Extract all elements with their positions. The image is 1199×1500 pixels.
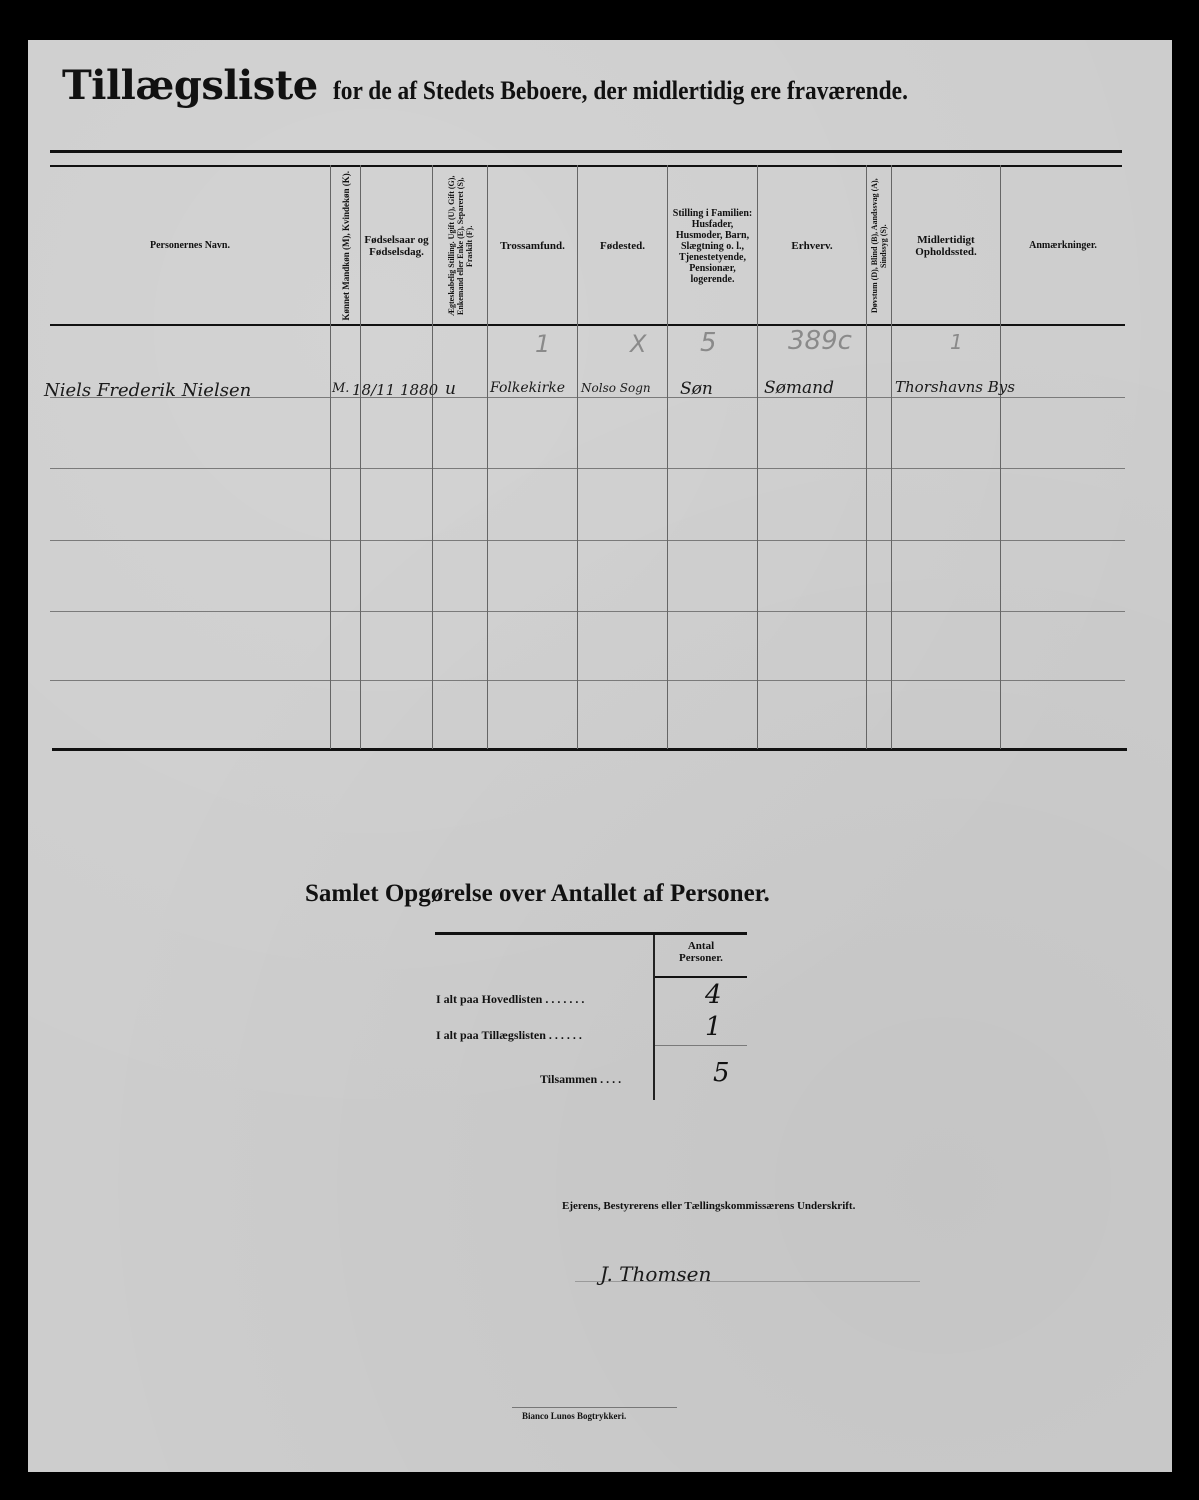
row-line	[50, 680, 1125, 681]
printer-credit: Bianco Lunos Bogtrykkeri.	[522, 1411, 626, 1421]
summary-value-total: 5	[713, 1058, 730, 1088]
pencil-mark-occupation: 389c	[788, 326, 852, 356]
column-header-marital: Ægteskabelig Stilling. Ugift (U), Gift (…	[433, 168, 487, 324]
subtitle-text: for de af Stedets Beboere, der midlertid…	[333, 76, 781, 105]
column-header-sex: Kønnet Mandkøn (M), Kvindekøn (K).	[331, 168, 360, 324]
summary-label-total: Tilsammen . . . .	[540, 1072, 621, 1087]
column-header-religion: Trossamfund.	[488, 168, 577, 324]
table-bottom-rule	[52, 748, 1127, 751]
cell-birth: 18/11 1880	[352, 381, 438, 399]
cell-name: Niels Frederik Nielsen	[44, 380, 251, 401]
column-header-temp-residence: Midlertidigt Opholdssted.	[892, 168, 1000, 324]
column-header-occupation: Erhverv.	[758, 168, 866, 324]
column-header-disability-label: Døvstum (D), Blind (B), Aandssvag (A), S…	[870, 171, 888, 321]
column-header-sex-label: Kønnet Mandkøn (M), Kvindekøn (K).	[341, 171, 351, 321]
cell-birthplace: Nolso Sogn	[581, 381, 651, 395]
cell-temp-residence: Thorshavns Bys	[895, 378, 1015, 396]
header-bottom-rule	[50, 324, 1125, 326]
summary-value-hovedlisten: 4	[705, 980, 722, 1010]
cell-marital: u	[445, 379, 456, 399]
summary-header-line1: Antal	[655, 940, 747, 952]
column-header-birthplace: Fødested.	[578, 168, 667, 324]
column-header-name: Personernes Navn.	[50, 168, 330, 324]
cell-sex: M.	[332, 381, 349, 396]
column-header-disability: Døvstum (D), Blind (B), Aandssvag (A), S…	[867, 168, 891, 324]
summary-label-tillaegslisten: I alt paa Tillægslisten . . . . . .	[436, 1028, 582, 1043]
summary-value-tillaegslisten: 1	[705, 1012, 722, 1042]
form-title: Tillægsliste for de af Stedets Beboere, …	[62, 62, 1102, 109]
row-line	[50, 611, 1125, 612]
summary-title: Samlet Opgørelse over Antallet af Person…	[305, 880, 770, 908]
pencil-mark-family-position: 5	[700, 328, 717, 358]
form-title-subtitle: for de af Stedets Beboere, der midlertid…	[333, 76, 908, 106]
cell-family-position: Søn	[680, 379, 713, 399]
printer-rule	[512, 1407, 677, 1408]
summary-header-line2: Personer.	[655, 952, 747, 964]
cell-occupation: Sømand	[764, 378, 834, 398]
column-header-marital-label: Ægteskabelig Stilling. Ugift (U), Gift (…	[447, 171, 474, 321]
column-header-family-position: Stilling i Familien: Husfader, Husmoder,…	[668, 168, 757, 324]
summary-label-hovedlisten: I alt paa Hovedlisten . . . . . . .	[436, 992, 584, 1007]
pencil-mark-temp-residence: 1	[950, 330, 963, 354]
subtitle-emphasis: fraværende.	[787, 76, 908, 105]
cell-religion: Folkekirke	[490, 380, 565, 396]
signature-value: J. Thomsen	[600, 1262, 711, 1286]
header-top-rule	[50, 165, 1122, 167]
pencil-mark-religion: 1	[535, 330, 550, 358]
summary-top-rule	[435, 932, 747, 935]
summary-column-header: Antal Personer.	[655, 940, 747, 964]
pencil-mark-birthplace: X	[630, 330, 646, 358]
signature-caption: Ejerens, Bestyrerens eller Tællingskommi…	[562, 1200, 855, 1212]
table-top-rule	[50, 150, 1122, 153]
summary-header-rule	[655, 976, 747, 978]
form-title-main: Tillægsliste	[62, 62, 318, 109]
row-line	[50, 540, 1125, 541]
summary-total-rule	[655, 1045, 747, 1046]
row-line	[50, 468, 1125, 469]
column-header-remarks: Anmærkninger.	[1001, 168, 1125, 324]
column-header-birth: Fødselsaar og Fødselsdag.	[361, 168, 432, 324]
